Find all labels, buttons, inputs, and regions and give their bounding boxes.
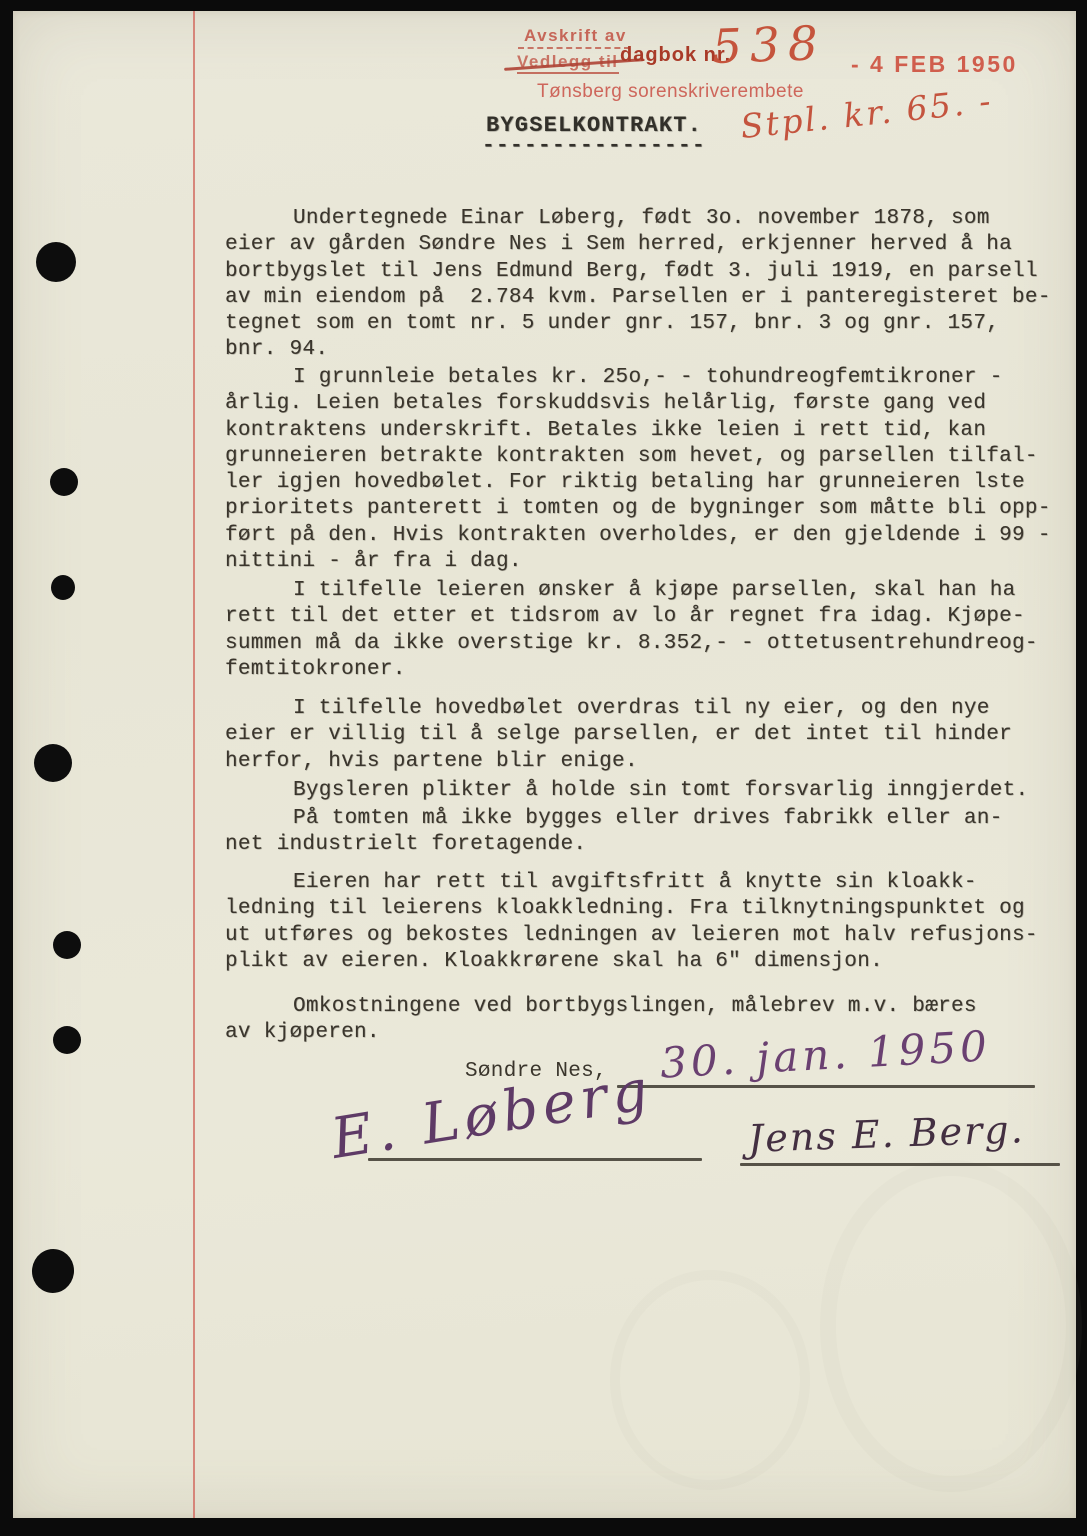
- text-line: summen må da ikke overstige kr. 8.352,- …: [225, 631, 1055, 657]
- text-line: av min eiendom på 2.784 kvm. Parsellen e…: [225, 285, 1055, 311]
- text-line: grunneieren betrakte kontrakten som heve…: [225, 444, 1055, 470]
- paragraph-purchase-option: I tilfelle leieren ønsker å kjøpe parsel…: [225, 578, 1055, 683]
- text-line: net industrielt foretagende.: [225, 832, 1055, 858]
- text-line: bnr. 94.: [225, 337, 1055, 363]
- text-line: I grunnleie betales kr. 25o,- - tohundre…: [225, 365, 1055, 391]
- text-line: tegnet som en tomt nr. 5 under gnr. 157,…: [225, 311, 1055, 337]
- text-line: Eieren har rett til avgiftsfritt å knytt…: [225, 870, 1055, 896]
- paragraph-sewer: Eieren har rett til avgiftsfritt å knytt…: [225, 870, 1055, 975]
- scanned-document: Avskrift av Vedlegg til dagbok nr. 538 T…: [0, 0, 1087, 1536]
- punch-hole: [53, 1026, 81, 1054]
- paragraph-transfer: I tilfelle hovedbølet overdras til ny ei…: [225, 696, 1055, 775]
- text-line: Bygsleren plikter å holde sin tomt forsv…: [225, 778, 1055, 804]
- text-line: På tomten må ikke bygges eller drives fa…: [225, 806, 1055, 832]
- punch-hole: [53, 931, 81, 959]
- punch-hole: [34, 744, 72, 782]
- paragraph-parties: Undertegnede Einar Løberg, født 3o. nove…: [225, 206, 1055, 364]
- text-line: ført på den. Hvis kontrakten overholdes,…: [225, 523, 1055, 549]
- text-line: eier er villig til å selge parsellen, er…: [225, 722, 1055, 748]
- text-line: årlig. Leien betales forskuddsvis helårl…: [225, 391, 1055, 417]
- text-line: herfor, hvis partene blir enige.: [225, 749, 1055, 775]
- text-line: kontraktens underskrift. Betales ikke le…: [225, 418, 1055, 444]
- text-line: bortbygslet til Jens Edmund Berg, født 3…: [225, 259, 1055, 285]
- text-line: Omkostningene ved bortbygslingen, målebr…: [225, 994, 1055, 1020]
- date-stamp: - 4 FEB 1950: [851, 51, 1018, 78]
- handwritten-journal-number: 538: [711, 16, 827, 75]
- text-line: ut utføres og bekostes ledningen av leie…: [225, 923, 1055, 949]
- stamp-fill-line: [518, 47, 630, 49]
- punch-hole: [36, 242, 76, 282]
- paragraph-no-industry: På tomten må ikke bygges eller drives fa…: [225, 806, 1055, 859]
- paragraph-fencing: Bygsleren plikter å holde sin tomt forsv…: [225, 778, 1055, 804]
- text-line: rett til det etter et tidsrom av lo år r…: [225, 604, 1055, 630]
- punch-hole: [50, 468, 78, 496]
- text-line: prioritets panterett i tomten og de bygn…: [225, 496, 1055, 522]
- text-line: ler igjen hovedbølet. For riktig betalin…: [225, 470, 1055, 496]
- margin-line: [193, 11, 195, 1518]
- signature-underline-right: [740, 1163, 1060, 1166]
- text-line: femtitokroner.: [225, 657, 1055, 683]
- text-line: I tilfelle hovedbølet overdras til ny ei…: [225, 696, 1055, 722]
- paper-watermark: [610, 1270, 810, 1490]
- text-line: nittini - år fra i dag.: [225, 549, 1055, 575]
- text-line: I tilfelle leieren ønsker å kjøpe parsel…: [225, 578, 1055, 604]
- paper-watermark: [820, 1160, 1082, 1492]
- stamp-office-name: Tønsberg sorenskriverembete: [537, 81, 804, 103]
- paragraph-ground-rent: I grunnleie betales kr. 25o,- - tohundre…: [225, 365, 1055, 575]
- text-line: eier av gården Søndre Nes i Sem herred, …: [225, 232, 1055, 258]
- signature-underline-left: [368, 1158, 702, 1161]
- stamp-avskrift-av-label: Avskrift av: [524, 26, 627, 46]
- text-line: ledning til leierens kloakkledning. Fra …: [225, 896, 1055, 922]
- text-line: Undertegnede Einar Løberg, født 3o. nove…: [225, 206, 1055, 232]
- title-underline-dashes: ----------------: [482, 135, 706, 158]
- punch-hole: [51, 575, 75, 600]
- text-line: plikt av eieren. Kloakkrørene skal ha 6"…: [225, 949, 1055, 975]
